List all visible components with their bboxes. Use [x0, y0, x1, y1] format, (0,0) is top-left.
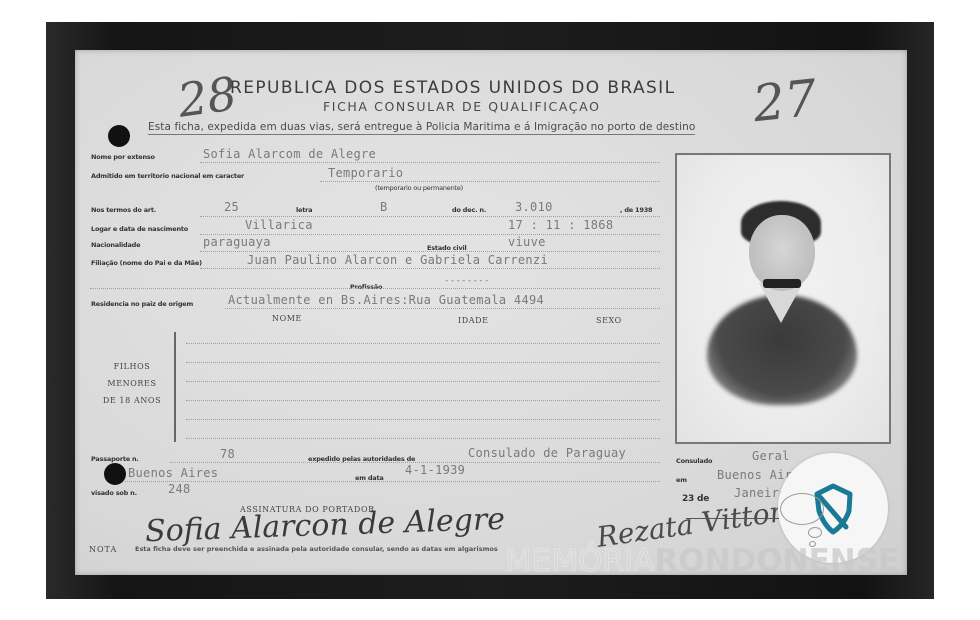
document-title: REPUBLICA DOS ESTADOS UNIDOS DO BRASIL [230, 78, 675, 98]
profissao-label: Profissão [350, 283, 382, 291]
residencia-label: Residencia no paiz de origem [91, 300, 193, 308]
nascimento-date: 17 : 11 : 1868 [508, 218, 613, 232]
visado-value: 248 [168, 482, 191, 496]
nos-termos-label: Nos termos do art. [91, 206, 156, 214]
handwritten-mark: 27 [750, 69, 819, 133]
children-label-line: FILHOS [92, 358, 172, 375]
children-row-rule [186, 419, 660, 420]
passport-expedido-value: Consulado de Paraguay [468, 446, 626, 460]
nacionalidade-label: Nacionalidade [91, 241, 140, 249]
watermark-bold: RONDONENSE [654, 543, 899, 579]
thought-bubble-icon [780, 493, 824, 525]
admissao-hint: (temporario ou permanente) [375, 184, 463, 192]
document-subtitle: FICHA CONSULAR DE QUALIFICAÇAO [323, 99, 601, 114]
visado-label: visado sob n. [91, 489, 137, 497]
thought-bubble-dot [808, 527, 822, 538]
ano-label: , de 1938 [620, 206, 652, 214]
em-label: em [676, 476, 687, 484]
children-section-label: FILHOS MENORES DE 18 ANOS [92, 358, 172, 409]
field-rule [200, 268, 660, 269]
nome-label: Nome por extenso [91, 153, 155, 161]
nacionalidade-value: paraguaya [203, 235, 271, 249]
children-label-line: MENORES [92, 375, 172, 392]
children-row-rule [186, 400, 660, 401]
letra-label: letra [296, 206, 312, 214]
passport-label: Passaporte n. [91, 455, 139, 463]
field-rule [225, 308, 660, 309]
watermark: MEMÓRIARONDONENSE [505, 546, 899, 577]
nascimento-label: Logar e data de nascimento [91, 225, 188, 233]
field-rule [200, 162, 660, 163]
children-header-idade: IDADE [458, 316, 489, 325]
passport-date: 4-1-1939 [405, 463, 465, 477]
residencia-value: Actualmente en Bs.Aires:Rua Guatemala 44… [228, 293, 544, 307]
children-row-rule [186, 438, 660, 439]
portrait-photo [675, 153, 891, 444]
watermark-thin: MEMÓRIA [505, 543, 654, 579]
profissao-value: -------- [444, 276, 490, 286]
children-row-rule [186, 343, 660, 344]
children-header-sexo: SEXO [596, 316, 622, 325]
children-row-rule [186, 362, 660, 363]
field-rule [200, 251, 660, 252]
nos-termos-value: 25 [224, 200, 239, 214]
field-rule [90, 288, 660, 289]
field-rule [125, 481, 660, 482]
decreto-label: do dec. n. [452, 206, 486, 214]
field-rule [200, 216, 660, 217]
punch-hole [104, 463, 126, 485]
passport-city: Buenos Aires [128, 466, 218, 480]
nome-value: Sofia Alarcom de Alegre [203, 147, 376, 161]
children-section-divider [174, 332, 176, 442]
children-header-nome: NOME [272, 314, 302, 323]
letra-value: B [380, 200, 388, 214]
portrait-necklace [763, 279, 801, 288]
children-row-rule [186, 381, 660, 382]
admissao-value: Temporario [328, 166, 403, 180]
field-rule [320, 181, 660, 182]
admissao-label: Admitido em territorio nacional em carac… [91, 172, 244, 180]
intro-line: Esta ficha, expedida em duas vias, será … [148, 121, 695, 135]
estado-civil-value: viuve [508, 235, 546, 249]
filiacao-value: Juan Paulino Alarcon e Gabriela Carrenzi [247, 253, 548, 267]
filiacao-label: Filiação (nome do Pai e da Mãe) [91, 259, 202, 267]
decreto-value: 3.010 [515, 200, 553, 214]
nota-text: Esta ficha deve ser preenchida e assinad… [135, 545, 498, 553]
children-label-line: DE 18 ANOS [92, 392, 172, 409]
consulate-date-prefix: 23 de [682, 494, 709, 504]
passport-number: 78 [220, 447, 235, 461]
nascimento-place: Villarica [245, 218, 313, 232]
consulado-label: Consulado [676, 457, 712, 465]
nota-label: NOTA [89, 545, 117, 554]
punch-hole [108, 125, 130, 147]
